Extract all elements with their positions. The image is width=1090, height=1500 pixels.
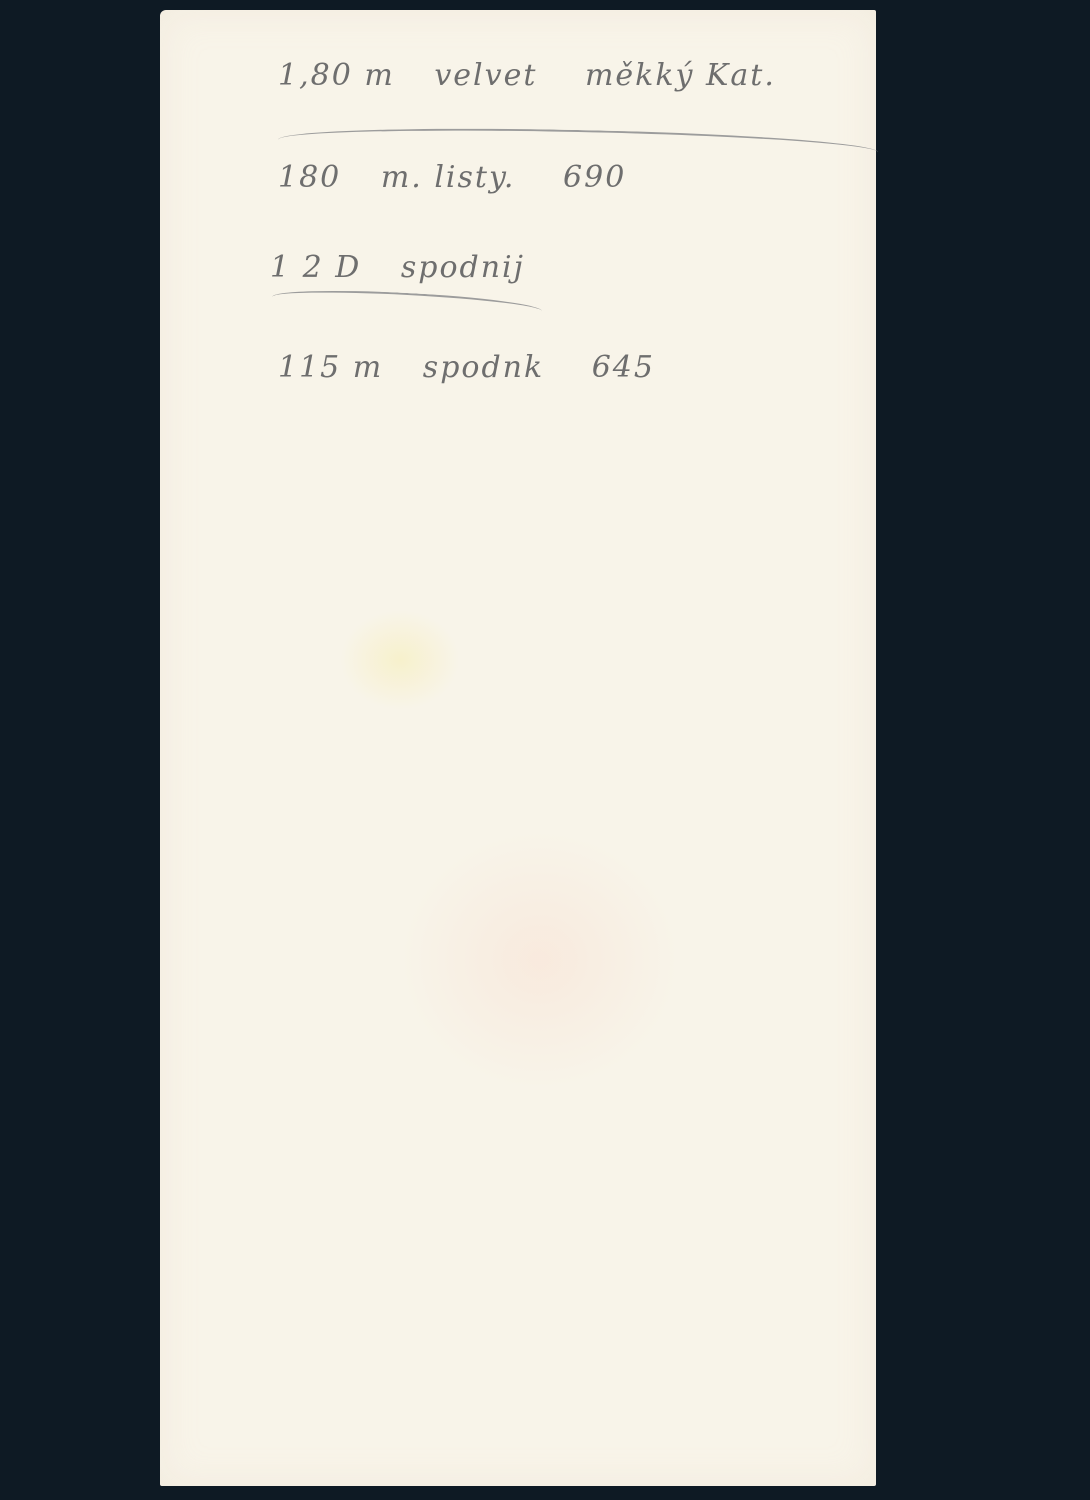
line-item: m. listy.: [381, 160, 516, 195]
note-line-4: 115 m spodnk 645: [278, 350, 655, 385]
note-line-1: 1,80 m velvet měkký Kat.: [278, 58, 776, 93]
line-item: spodnk: [423, 350, 544, 385]
line-price: 690: [563, 160, 626, 195]
line-quantity: 1,80 m: [278, 58, 395, 93]
line-note: měkký Kat.: [585, 58, 776, 93]
note-line-2: 180 m. listy. 690: [278, 160, 626, 195]
underline-rule: [272, 286, 543, 322]
line-quantity: 115 m: [278, 350, 383, 385]
paper-sheet: 1,80 m velvet měkký Kat. 180 m. listy. 6…: [160, 10, 876, 1486]
line-quantity: 180: [278, 160, 341, 195]
line-item: spodnij: [401, 250, 525, 285]
note-line-3: 1 2 D spodnij: [270, 250, 525, 285]
paper-stain: [400, 830, 680, 1090]
paper-stain: [340, 610, 460, 710]
line-price: 645: [592, 350, 655, 385]
line-item: velvet: [434, 58, 537, 93]
line-quantity: 1 2 D: [270, 250, 361, 285]
